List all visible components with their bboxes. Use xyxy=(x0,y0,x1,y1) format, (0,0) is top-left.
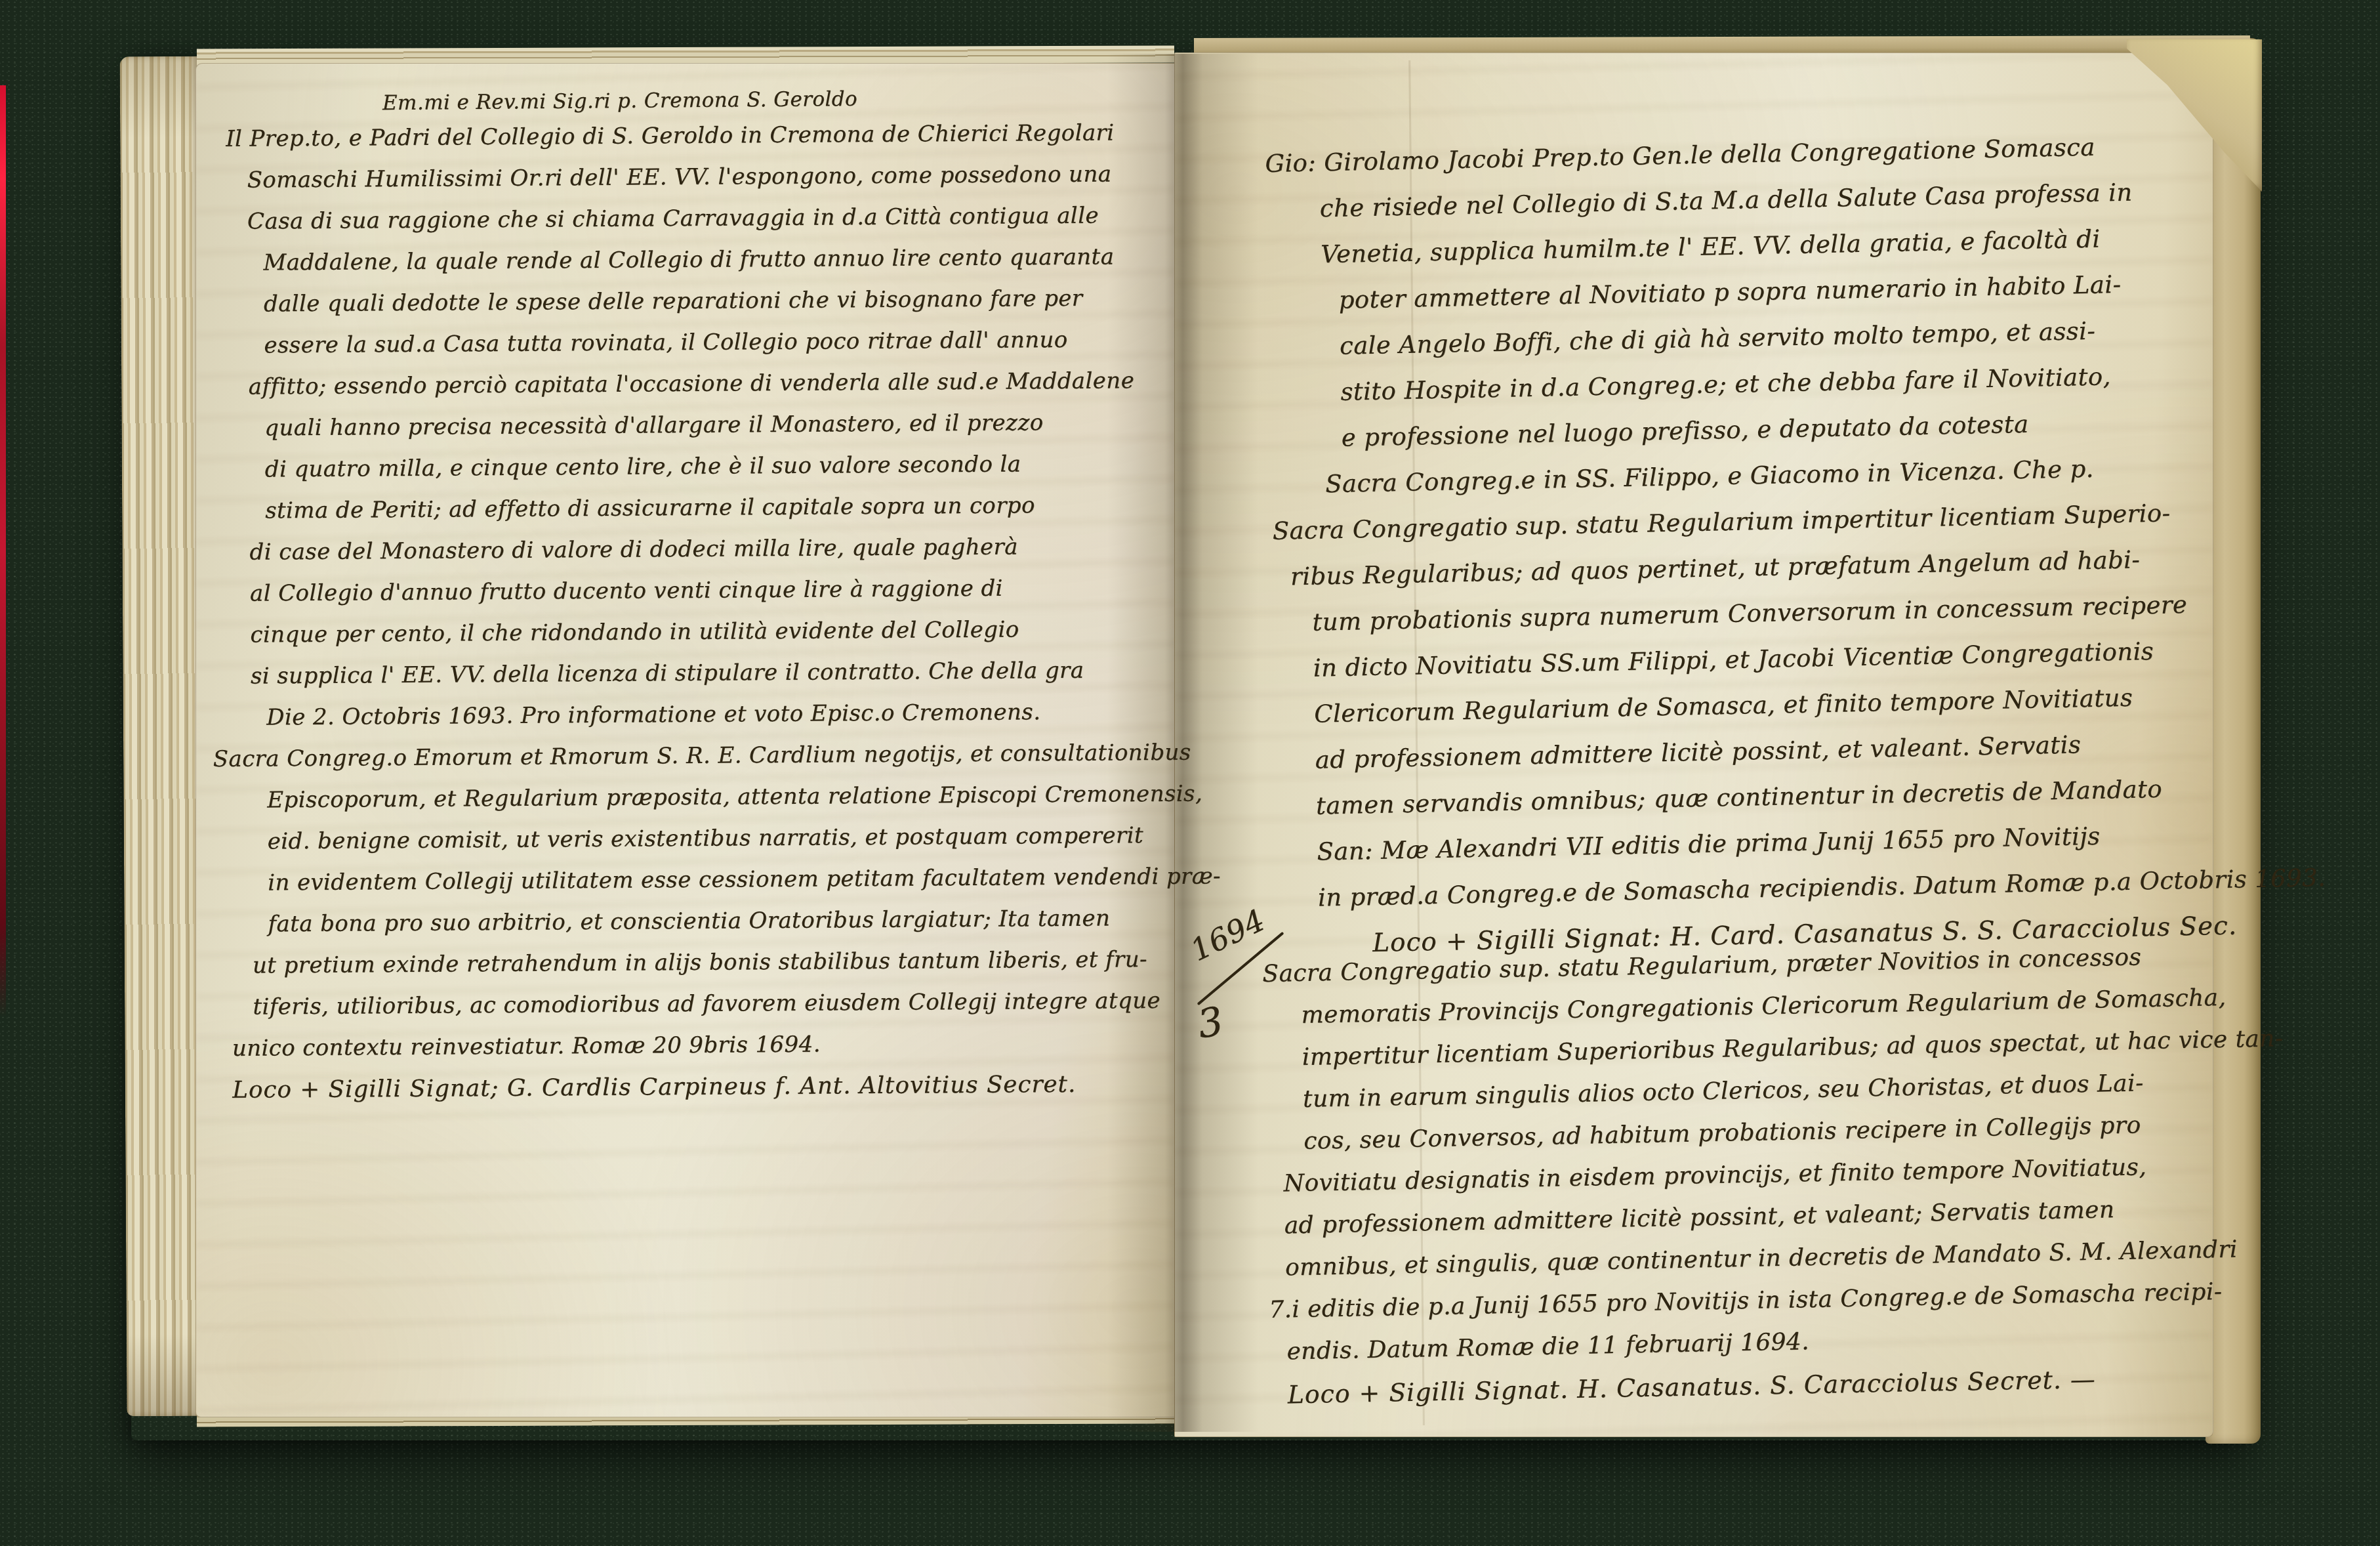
manuscript-line: Sacra Congreg.o Emorum et Rmorum S. R. E… xyxy=(213,740,1171,787)
right-page-text-block-1: Gio: Girolamo Jacobi Prep.to Gen.le dell… xyxy=(1265,131,2239,976)
manuscript-line: unico contextu reinvestiatur. Romæ 20 9b… xyxy=(232,1029,1173,1077)
manuscript-line: ut pretium exinde retrahendum in alijs b… xyxy=(253,946,1172,994)
manuscript-line: eid. benigne comisit, ut veris existenti… xyxy=(267,822,1171,870)
red-fore-edge xyxy=(0,85,6,1017)
right-page-text-block-2: Sacra Congregatio sup. statu Regularium,… xyxy=(1262,942,2235,1423)
page-stack-left-edge xyxy=(120,56,205,1417)
left-page-text: Il Prep.to, e Padri del Collegio di S. G… xyxy=(209,119,1174,1118)
manuscript-photo: Em.mi e Rev.mi Sig.ri p. Cremona S. Gero… xyxy=(0,0,2380,1546)
manuscript-line: stima de Periti; ad effetto di assicurar… xyxy=(265,491,1169,539)
page-header: Em.mi e Rev.mi Sig.ri p. Cremona S. Gero… xyxy=(358,87,882,115)
manuscript-line: tiferis, utilioribus, ac comodioribus ad… xyxy=(253,988,1172,1035)
manuscript-line: Die 2. Octobris 1693. Pro informatione e… xyxy=(266,698,1170,746)
manuscript-line: di case del Monastero di valore di dodec… xyxy=(249,533,1169,581)
manuscript-line: dalle quali dedotte le spese delle repar… xyxy=(264,285,1168,333)
manuscript-line: fata bona pro suo arbitrio, et conscient… xyxy=(268,905,1172,953)
manuscript-line: Somaschi Humilissimi Or.ri dell' EE. VV.… xyxy=(247,161,1166,209)
manuscript-line: quali hanno precisa necessità d'allargar… xyxy=(264,409,1168,457)
manuscript-line: affitto; essendo perciò capitata l'occas… xyxy=(249,367,1168,415)
manuscript-line: Maddalene, la quale rende al Collegio di… xyxy=(263,243,1167,291)
signature-line: Loco + Sigilli Signat; G. Cardlis Carpin… xyxy=(232,1070,1173,1118)
manuscript-line: al Collegio d'annuo frutto ducento venti… xyxy=(250,574,1170,622)
manuscript-line: essere la sud.a Casa tutta rovinata, il … xyxy=(264,326,1168,374)
manuscript-line: cinque per cento, il che ridondando in u… xyxy=(250,616,1170,663)
manuscript-line: in evidentem Collegij utilitatem esse ce… xyxy=(268,864,1172,911)
manuscript-line: si supplica l' EE. VV. della licenza di … xyxy=(251,657,1170,705)
manuscript-line: Episcoporum, et Regularium præposita, at… xyxy=(267,781,1171,829)
manuscript-line: Casa di sua raggione che si chiama Carra… xyxy=(247,202,1167,250)
manuscript-line: di quatro milla, e cinque cento lire, ch… xyxy=(265,450,1169,498)
manuscript-line: Il Prep.to, e Padri del Collegio di S. G… xyxy=(226,119,1166,167)
